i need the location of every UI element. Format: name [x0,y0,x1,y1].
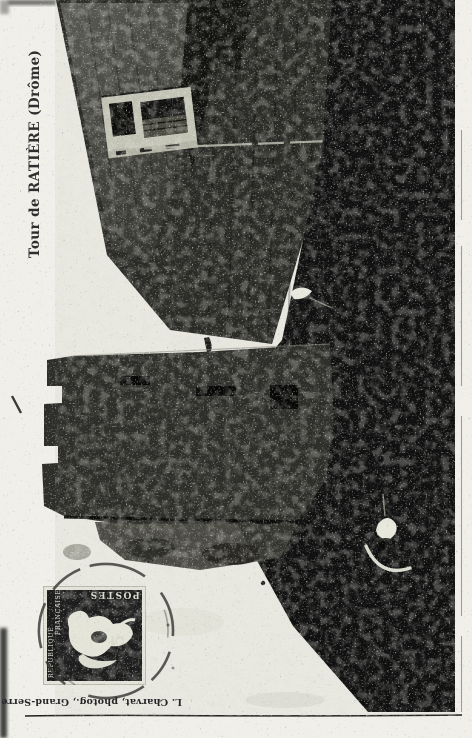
stamp-postes-label: POSTES [89,590,140,599]
bush [125,538,175,558]
top-edge-smudge [8,0,56,5]
photographer-credit: L. Charvat, photog., Grand-Serre [24,694,182,707]
postcard-scan: POSTES REPUBLIQUE FRANÇAISE 5c [0,0,472,738]
bush-2 [202,543,262,565]
postage-stamp: POSTES REPUBLIQUE FRANÇAISE 5c [43,586,146,685]
road-speck [261,581,265,585]
bush-3 [63,544,91,560]
left-edge-smudge [0,628,7,738]
tower [42,344,334,524]
postcard-title: Tour de RATIÈRE (Drôme) [27,96,44,258]
bottom-frame-line [25,715,462,716]
stamp-design: POSTES REPUBLIQUE FRANÇAISE 5c [47,590,142,681]
margin-mark [12,396,21,413]
stamp-country-word2: FRANÇAISE [55,590,62,635]
stamp-country-word1: REPUBLIQUE [48,627,55,678]
corner-smudge [0,0,9,14]
road-shading-2 [245,692,325,708]
road-shading [140,608,224,636]
